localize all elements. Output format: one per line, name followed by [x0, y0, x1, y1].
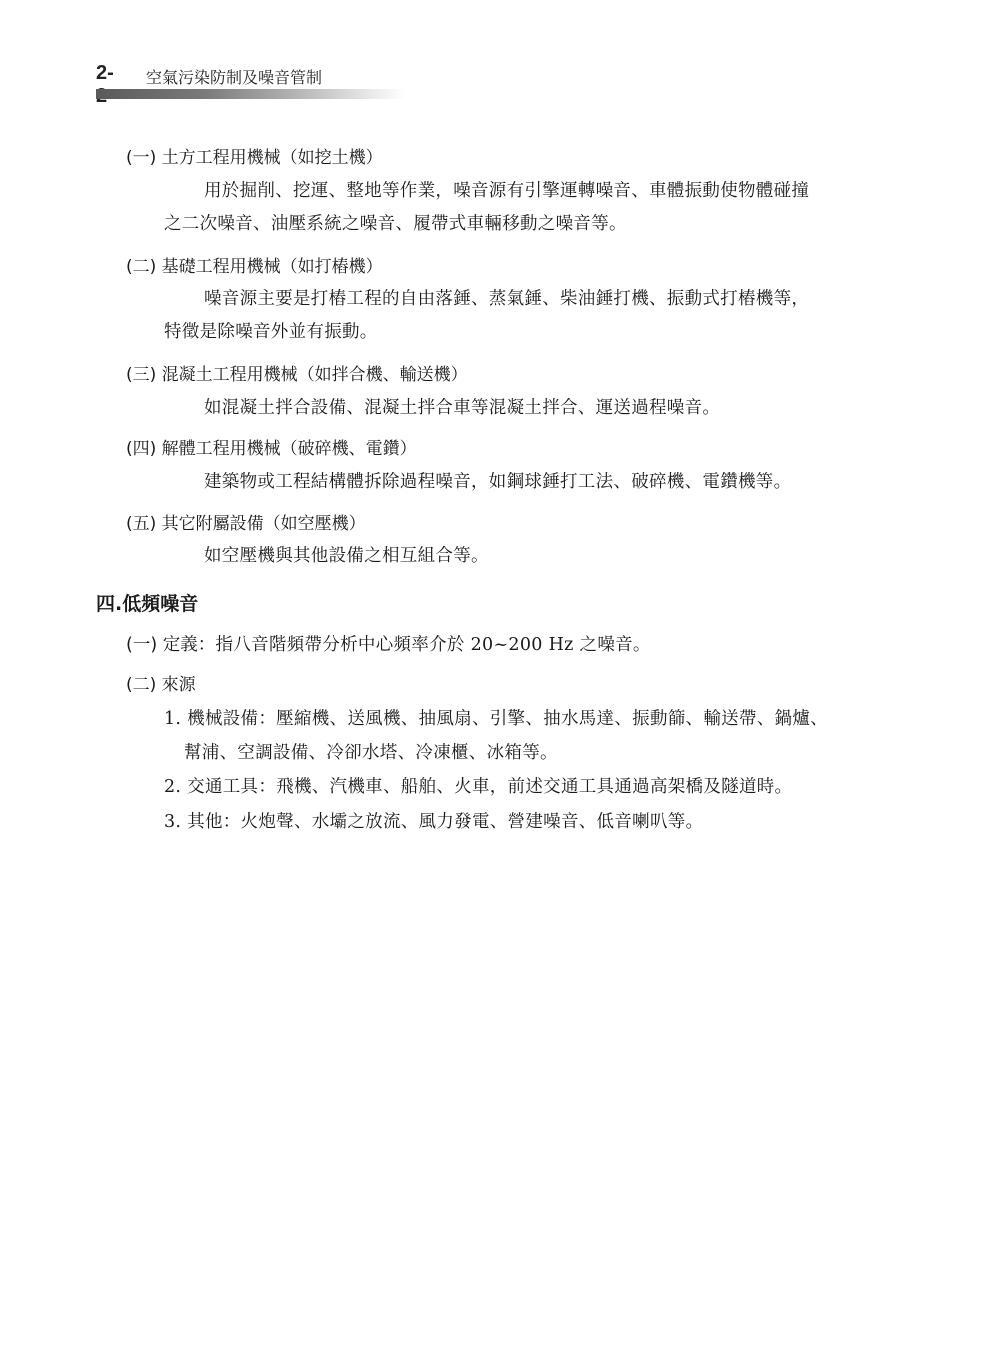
paragraph-line: 建築物或工程結構體拆除過程噪音，如鋼球錘打工法、破碎機、電鑽機等。: [204, 468, 791, 493]
definition-line: (一) 定義：指八音階頻帶分析中心頻率介於 20~200 Hz 之噪音。: [126, 631, 651, 656]
definition-label: (一) 定義: [126, 635, 198, 655]
paragraph-line: 用於掘削、挖運、整地等作業，噪音源有引擎運轉噪音、車體振動使物體碰撞: [204, 177, 809, 202]
section-heading-auxiliary: (五) 其它附屬設備（如空壓機）: [126, 509, 366, 534]
paragraph-line: 之二次噪音、油壓系統之噪音、履帶式車輛移動之噪音等。: [164, 210, 627, 235]
section-heading-foundation: (二) 基礎工程用機械（如打樁機）: [126, 252, 383, 277]
source-item-transport: 2. 交通工具：飛機、汽機車、船舶、火車，前述交通工具通過高架橋及隧道時。: [164, 773, 792, 798]
paragraph-line: 特徵是除噪音外並有振動。: [164, 318, 378, 343]
source-item-machinery-cont: 幫浦、空調設備、冷卻水塔、冷凍櫃、冰箱等。: [184, 739, 558, 764]
section-title-low-frequency-noise: 四.低頻噪音: [96, 589, 198, 616]
source-item-machinery: 1. 機械設備：壓縮機、送風機、抽風扇、引擎、抽水馬達、振動篩、輸送帶、鍋爐、: [164, 705, 828, 730]
section-heading-concrete: (三) 混凝土工程用機械（如拌合機、輸送機）: [126, 360, 468, 385]
paragraph-line: 噪音源主要是打樁工程的自由落錘、蒸氣錘、柴油錘打機、振動式打樁機等，: [204, 285, 809, 310]
header-gradient-bar: [96, 89, 406, 99]
sources-heading: (二) 來源: [126, 670, 196, 695]
paragraph-line: 如空壓機與其他設備之相互組合等。: [204, 542, 489, 567]
source-item-other: 3. 其他：火炮聲、水壩之放流、風力發電、營建噪音、低音喇叭等。: [164, 808, 703, 833]
chapter-title: 空氣污染防制及噪音管制: [146, 65, 322, 88]
definition-text: ：指八音階頻帶分析中心頻率介於 20~200 Hz 之噪音。: [198, 635, 651, 655]
section-heading-earthwork: (一) 土方工程用機械（如挖土機）: [126, 143, 383, 168]
section-heading-demolition: (四) 解體工程用機械（破碎機、電鑽）: [126, 434, 417, 459]
paragraph-line: 如混凝土拌合設備、混凝土拌合車等混凝土拌合、運送過程噪音。: [204, 394, 720, 419]
chapter-number: 2-2: [96, 62, 114, 108]
